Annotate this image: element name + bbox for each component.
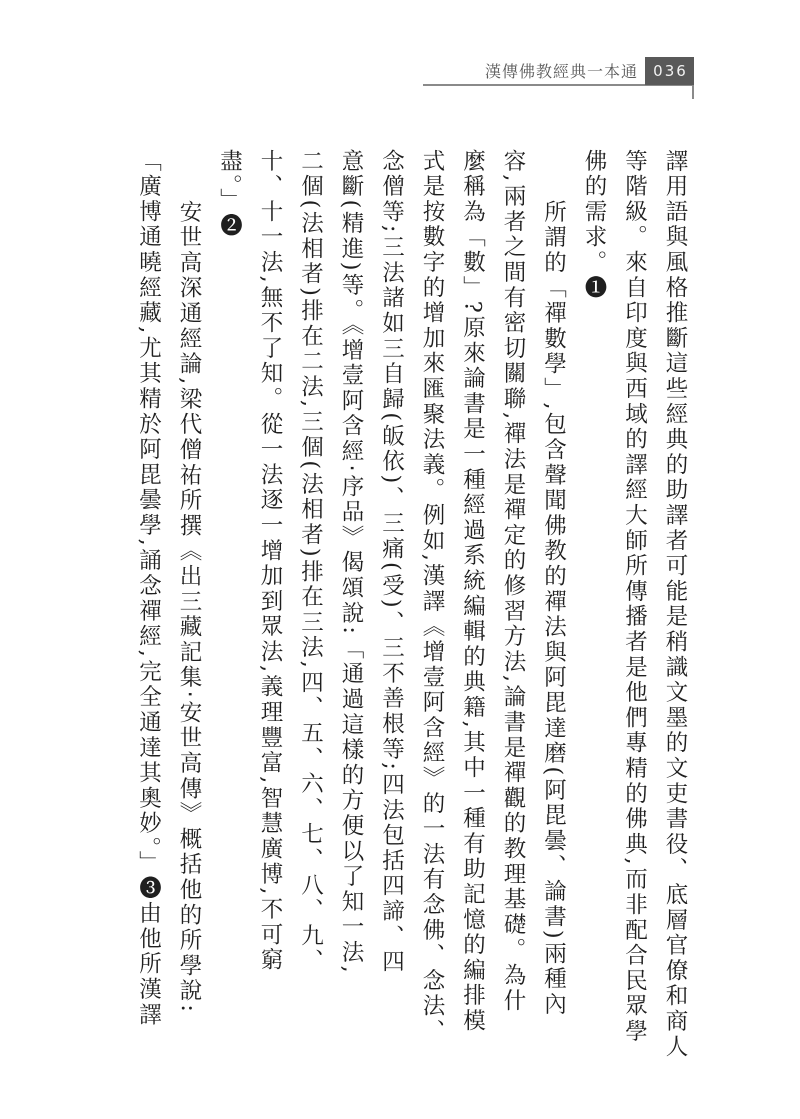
page-number-badge: 036 [645, 57, 694, 85]
text-column: 意斷(精進)等。《增壹阿含經‧序品》偈頌說:「通過這樣的方便以了知一法, [331, 149, 372, 1061]
text-column: 盡。」❷ [209, 149, 250, 1061]
text-column: 安世高深通經論,梁代僧祐所撰《出三藏記集‧安世高傳》概括他的所學說: [169, 149, 210, 1061]
text-column: 十、十一法,無不了知。從一法逐一增加到眾法,義理豐富,智慧廣博,不可窮 [250, 149, 291, 1061]
vertical-text-block: 譯用語與風格推斷這些經典的助譯者可能是稍識文墨的文吏書役、底層官僚和商人等階級。… [128, 149, 695, 1061]
book-page: 漢傳佛教經典一本通 036 譯用語與風格推斷這些經典的助譯者可能是稍識文墨的文吏… [0, 0, 800, 1119]
text-column: 等階級。來自印度與西域的譯經大師所傳播者是他們專精的佛典,而非配合民眾學 [614, 149, 655, 1061]
text-column: 「廣博通曉經藏,尤其精於阿毘曇學,誦念禪經,完全通達其奧妙。」❸由他所漢譯 [128, 149, 169, 1061]
text-column: 二個(法相者)排在二法,三個(法相者)排在三法,四、五、六、七、八、九、 [290, 149, 331, 1061]
header-rule-tick [692, 84, 694, 99]
text-column: 譯用語與風格推斷這些經典的助譯者可能是稍識文墨的文吏書役、底層官僚和商人 [655, 149, 696, 1061]
text-column: 容,兩者之間有密切關聯,禪法是禪定的修習方法,論書是禪觀的教理基礎。為什 [493, 149, 534, 1061]
text-column: 麼稱為「數」?原來論書是一種經過系統編輯的典籍,其中一種有助記憶的編排模 [452, 149, 493, 1061]
text-column: 所謂的「禪數學」,包含聲聞佛教的禪法與阿毘達磨(阿毘曇、論書)兩種內 [533, 149, 574, 1061]
text-column: 念僧等;三法諸如三自歸(皈依)、三痛(受)、三不善根等;四法包括四諦、四 [371, 149, 412, 1061]
running-head-title: 漢傳佛教經典一本通 [485, 61, 638, 83]
text-column: 佛的需求。❶ [574, 149, 615, 1061]
text-column: 式是按數字的增加來匯聚法義。例如,漢譯《增壹阿含經》的一法有念佛、念法、 [412, 149, 453, 1061]
